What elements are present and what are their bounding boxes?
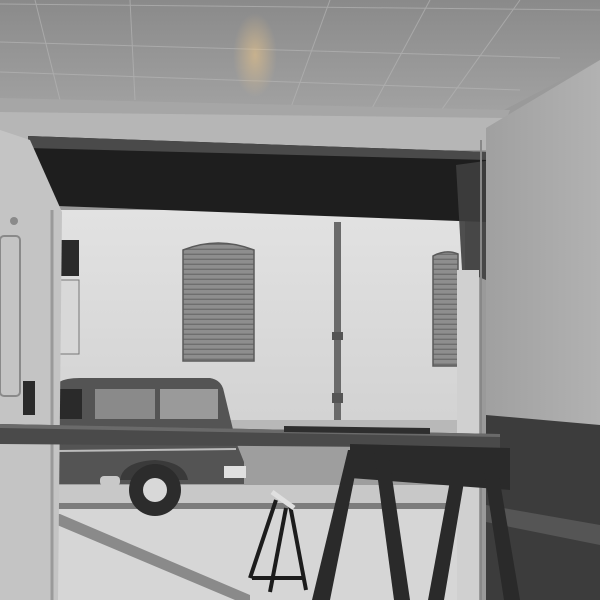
arched-shutter-window <box>183 243 254 361</box>
open-garage-door-left <box>0 130 62 600</box>
light-leak <box>233 13 277 97</box>
sidewalk <box>45 485 465 505</box>
photo-canvas <box>0 0 600 600</box>
photograph: Black-and-white photograph looking out f… <box>0 0 600 600</box>
ceiling <box>0 0 600 112</box>
curb <box>45 503 465 509</box>
partial-shutter-window-right <box>433 252 458 366</box>
